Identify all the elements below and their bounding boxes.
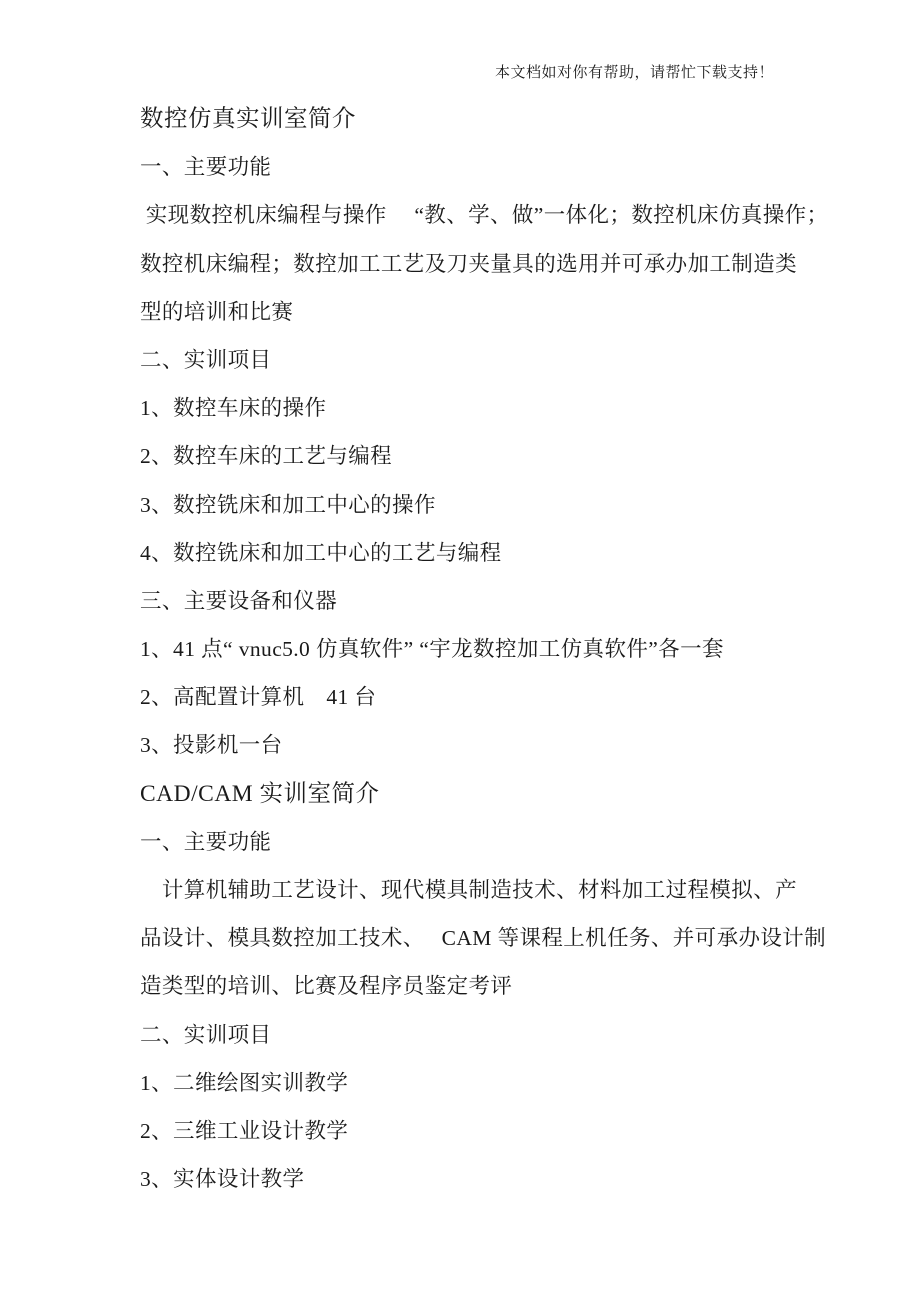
- para-cadcam-functions-line-3: 造类型的培训、比赛及程序员鉴定考评: [140, 962, 920, 1010]
- document-page: 本文档如对你有帮助，请帮忙下载支持！ 数控仿真实训室简介 一、主要功能 实现数控…: [0, 0, 920, 1303]
- training-list-item-1: 1、数控车床的操作: [140, 384, 920, 432]
- heading-1-main-functions-cadcam: 一、主要功能: [140, 818, 920, 866]
- heading-2-training-projects: 二、实训项目: [140, 336, 920, 384]
- download-support-note: 本文档如对你有帮助，请帮忙下载支持！: [0, 0, 920, 82]
- para-cadcam-functions-line-1: 计算机辅助工艺设计、现代模具制造技术、材料加工过程模拟、产: [140, 866, 920, 914]
- equipment-list-item-2: 2、高配置计算机 41 台: [140, 673, 920, 721]
- equipment-list-item-3: 3、投影机一台: [140, 721, 920, 769]
- training-list-item-3: 3、数控铣床和加工中心的操作: [140, 481, 920, 529]
- section-title-cadcam-lab: CAD/CAM 实训室简介: [140, 770, 920, 818]
- document-content: 数控仿真实训室简介 一、主要功能 实现数控机床编程与操作 “教、学、做”一体化；…: [0, 82, 920, 1203]
- section-title-cnc-sim-lab: 数控仿真实训室简介: [140, 95, 920, 143]
- training-list-item-2: 2、数控车床的工艺与编程: [140, 432, 920, 480]
- para-cadcam-functions-line-2: 品设计、模具数控加工技术、 CAM 等课程上机任务、并可承办设计制: [140, 914, 920, 962]
- para-cnc-functions-line-3: 型的培训和比赛: [140, 288, 920, 336]
- heading-3-main-equipment: 三、主要设备和仪器: [140, 577, 920, 625]
- heading-1-main-functions: 一、主要功能: [140, 143, 920, 191]
- training-list-item-4: 4、数控铣床和加工中心的工艺与编程: [140, 529, 920, 577]
- para-cnc-functions-line-1: 实现数控机床编程与操作 “教、学、做”一体化；数控机床仿真操作；: [140, 191, 920, 239]
- equipment-list-item-1: 1、41 点“ vnuc5.0 仿真软件” “宇龙数控加工仿真软件”各一套: [140, 625, 920, 673]
- para-cnc-functions-line-2: 数控机床编程；数控加工工艺及刀夹量具的选用并可承办加工制造类: [140, 240, 920, 288]
- cadcam-list-item-2: 2、三维工业设计教学: [140, 1107, 920, 1155]
- cadcam-list-item-1: 1、二维绘图实训教学: [140, 1059, 920, 1107]
- heading-2-training-projects-cadcam: 二、实训项目: [140, 1011, 920, 1059]
- cadcam-list-item-3: 3、实体设计教学: [140, 1155, 920, 1203]
